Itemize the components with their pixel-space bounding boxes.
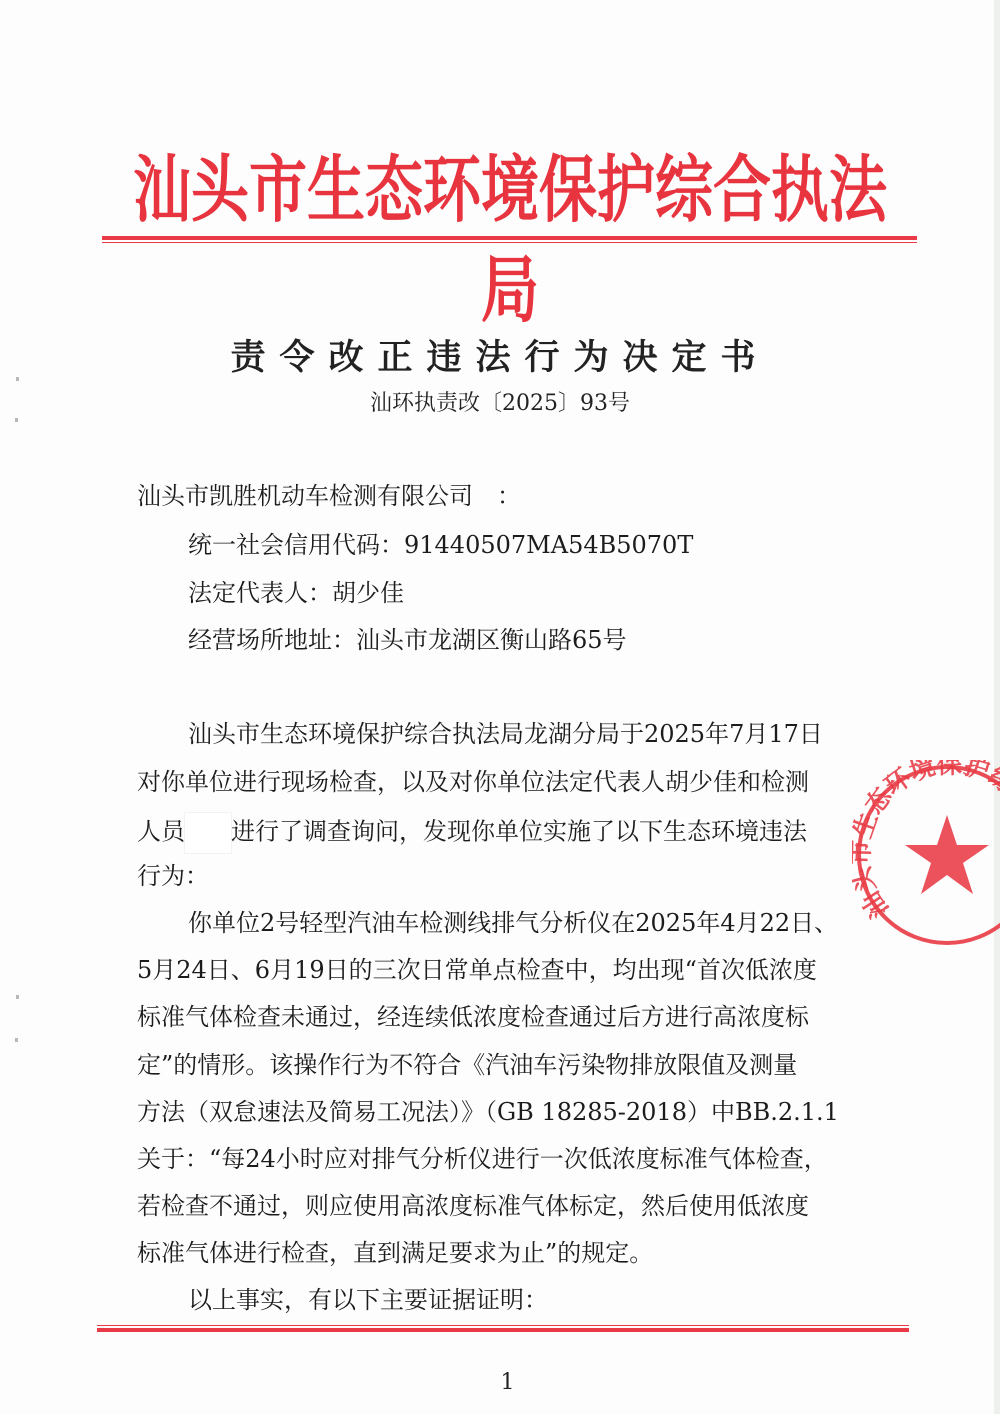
paragraph-1-line-3: 人员进行了调查询问，发现你单位实施了以下生态环境违法 — [137, 813, 807, 853]
paragraph-1-line-2: 对你单位进行现场检查，以及对你单位法定代表人胡少佳和检测 — [137, 766, 809, 798]
legal-rep-row: 法定代表人：胡少佳 — [188, 577, 404, 609]
page-number: 1 — [0, 1370, 1000, 1395]
paragraph-2-line-7: 若检查不通过，则应使用高浓度标准气体标定，然后使用低浓度 — [137, 1190, 809, 1222]
recipient-company: 汕头市凯胜机动车检测有限公司 ： — [137, 480, 521, 512]
paragraph-1-line-4: 行为： — [137, 860, 209, 892]
divider-thin-line — [102, 242, 917, 243]
legal-rep-label: 法定代表人： — [188, 579, 332, 607]
svg-text:汕头市生态环境保护综合执法局: 汕头市生态环境保护综合执法局 — [852, 760, 1000, 923]
header-divider — [102, 236, 917, 243]
paragraph-2-line-3: 标准气体检查未通过，经连续低浓度检查通过后方进行高浓度标 — [137, 1001, 809, 1033]
address-label: 经营场所地址： — [188, 626, 356, 654]
paragraph-3: 以上事实，有以下主要证据证明： — [188, 1284, 548, 1316]
paragraph-1-line-3-rest: 进行了调查询问，发现你单位实施了以下生态环境违法 — [231, 818, 807, 846]
address-row: 经营场所地址：汕头市龙湖区衡山路65号 — [188, 624, 627, 656]
credit-code-row: 统一社会信用代码：91440507MA54B5070T — [188, 529, 693, 561]
redacted-name — [185, 813, 231, 853]
paragraph-2-line-8: 标准气体进行检查，直到满足要求为止”的规定。 — [137, 1237, 653, 1269]
credit-code-value: 91440507MA54B5070T — [404, 531, 693, 559]
document-title: 责令改正违法行为决定书 — [0, 330, 1000, 380]
paragraph-2-line-4: 定”的情形。该操作行为不符合《汽油车污染物排放限值及测量 — [137, 1049, 797, 1081]
document-page: 汕头市生态环境保护综合执法局 责令改正违法行为决定书 汕环执责改〔2025〕93… — [0, 0, 1000, 1414]
scan-dot — [15, 1038, 18, 1042]
official-seal-icon: 汕头市生态环境保护综合执法局 — [852, 760, 1000, 950]
address-value: 汕头市龙湖区衡山路65号 — [356, 626, 627, 654]
paragraph-2-line-5: 方法（双怠速法及简易工况法）》（GB 18285-2018）中BB.2.1.1 — [137, 1096, 839, 1128]
scan-dot — [15, 418, 18, 422]
credit-code-label: 统一社会信用代码： — [188, 531, 404, 559]
document-number: 汕环执责改〔2025〕93号 — [0, 386, 1000, 417]
paragraph-2-line-2: 5月24日、6月19日的三次日常单点检查中，均出现“首次低浓度 — [137, 954, 817, 986]
footer-divider — [97, 1325, 909, 1332]
inspector-label: 人员 — [137, 818, 185, 846]
paragraph-1-line-1: 汕头市生态环境保护综合执法局龙湖分局于2025年7月17日 — [188, 718, 823, 750]
divider-thick-line — [97, 1328, 909, 1332]
paragraph-2-line-1: 你单位2号轻型汽油车检测线排气分析仪在2025年4月22日、 — [188, 907, 838, 939]
legal-rep-value: 胡少佳 — [332, 579, 404, 607]
scan-edge — [994, 0, 1000, 1414]
paragraph-2-line-6: 关于：“每24小时应对排气分析仪进行一次低浓度标准气体检查， — [137, 1143, 828, 1175]
scan-dot — [16, 995, 19, 999]
